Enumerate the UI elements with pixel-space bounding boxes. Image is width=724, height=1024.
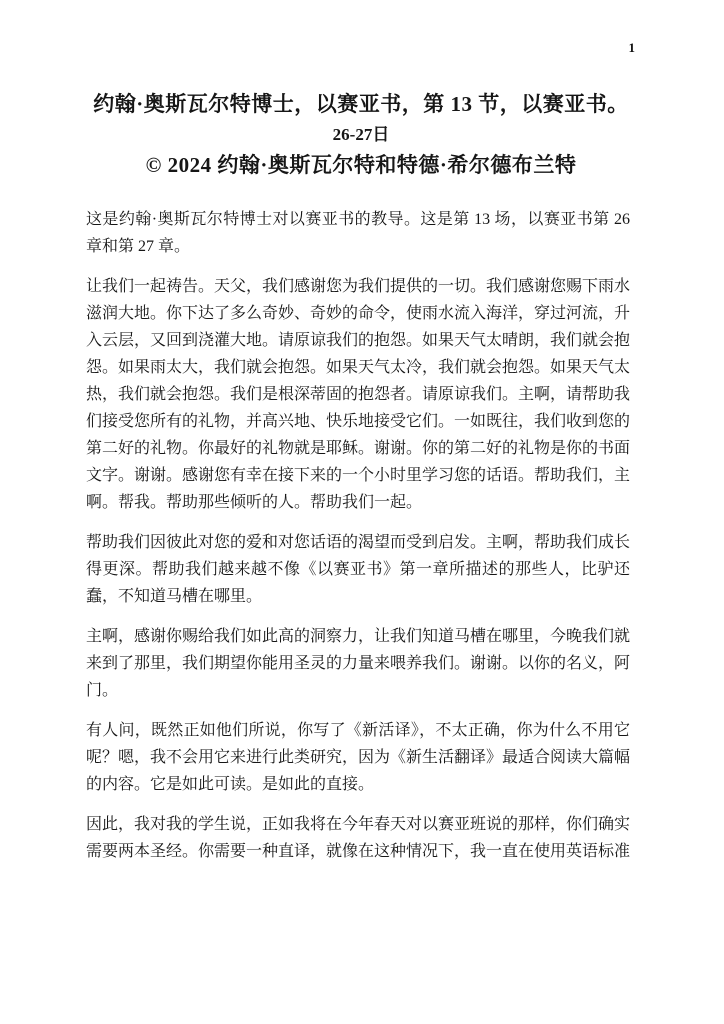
document-title: 约翰·奥斯瓦尔特博士，以赛亚书，第 13 节，以赛亚书。 xyxy=(86,88,636,121)
page-number: 1 xyxy=(629,40,636,56)
document-header: 约翰·奥斯瓦尔特博士，以赛亚书，第 13 节，以赛亚书。 26-27日 © 20… xyxy=(0,0,724,182)
paragraph-opening-prayer: 让我们一起祷告。天父，我们感谢您为我们提供的一切。我们感谢您赐下雨水滋润大地。你… xyxy=(86,273,630,516)
paragraph-intro: 这是约翰·奥斯瓦尔特博士对以赛亚书的教导。这是第 13 场，以赛亚书第 26 章… xyxy=(86,206,630,260)
document-body: 这是约翰·奥斯瓦尔特博士对以赛亚书的教导。这是第 13 场，以赛亚书第 26 章… xyxy=(0,182,724,865)
copyright-line: © 2024 约翰·奥斯瓦尔特和特德·希尔德布兰特 xyxy=(86,148,636,182)
paragraph-prayer-inspire: 帮助我们因彼此对您的爱和对您话语的渴望而受到启发。主啊，帮助我们成长得更深。帮助… xyxy=(86,529,630,610)
document-page: 1 约翰·奥斯瓦尔特博士，以赛亚书，第 13 节，以赛亚书。 26-27日 © … xyxy=(0,0,724,1024)
paragraph-translation-question: 有人问，既然正如他们所说，你写了《新活译》，不太正确，你为什么不用它呢？嗯，我不… xyxy=(86,717,630,798)
paragraph-prayer-amen: 主啊，感谢你赐给我们如此高的洞察力，让我们知道马槽在哪里，今晚我们就来到了那里，… xyxy=(86,623,630,704)
document-subtitle: 26-27日 xyxy=(86,121,636,148)
paragraph-two-bibles: 因此，我对我的学生说，正如我将在今年春天对以赛亚班说的那样，你们确实需要两本圣经… xyxy=(86,811,630,865)
